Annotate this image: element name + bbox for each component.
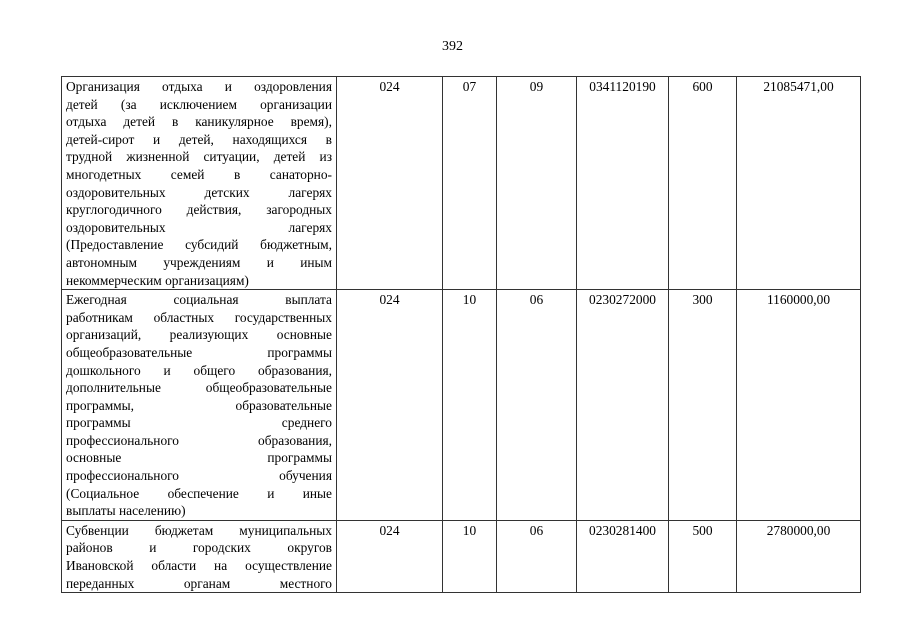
description-line: профессионального обучения	[66, 467, 332, 485]
ministry-code-cell: 024	[337, 77, 443, 290]
description-line: программы, образовательные	[66, 397, 332, 415]
description-line: дошкольного и общего образования,	[66, 362, 332, 380]
description-line: трудной жизненной ситуации, детей из	[66, 148, 332, 166]
amount-cell: 1160000,00	[737, 290, 861, 521]
description-line: детей (за исключением организации	[66, 96, 332, 114]
description-line: программы среднего	[66, 414, 332, 432]
subsection-cell: 06	[497, 520, 577, 592]
description-cell: Ежегодная социальная выплатаработникам о…	[62, 290, 337, 521]
section-cell: 10	[443, 520, 497, 592]
description-line: выплаты населению)	[66, 502, 332, 520]
description-line: (Социальное обеспечение и иные	[66, 485, 332, 503]
description-line: организаций, реализующих основные	[66, 326, 332, 344]
target-article-cell: 0230272000	[577, 290, 669, 521]
amount-cell: 2780000,00	[737, 520, 861, 592]
description-line: дополнительные общеобразовательные	[66, 379, 332, 397]
description-cell: Субвенции бюджетам муниципальныхрайонов …	[62, 520, 337, 592]
ministry-code-cell: 024	[337, 290, 443, 521]
expense-type-cell: 600	[669, 77, 737, 290]
page-number: 392	[0, 38, 905, 56]
description-line: оздоровительных детских лагерях	[66, 184, 332, 202]
description-line: основные программы	[66, 449, 332, 467]
table-row: Организация отдыха и оздоровлениядетей (…	[62, 77, 861, 290]
description-line: (Предоставление субсидий бюджетным,	[66, 236, 332, 254]
description-line: Субвенции бюджетам муниципальных	[66, 522, 332, 540]
table-row: Субвенции бюджетам муниципальныхрайонов …	[62, 520, 861, 592]
description-line: круглогодичного действия, загородных	[66, 201, 332, 219]
expense-type-cell: 500	[669, 520, 737, 592]
description-line: профессионального образования,	[66, 432, 332, 450]
subsection-cell: 06	[497, 290, 577, 521]
table-body: Организация отдыха и оздоровлениядетей (…	[62, 77, 861, 593]
table-row: Ежегодная социальная выплатаработникам о…	[62, 290, 861, 521]
ministry-code-cell: 024	[337, 520, 443, 592]
description-line: работникам областных государственных	[66, 309, 332, 327]
description-line: детей-сирот и детей, находящихся в	[66, 131, 332, 149]
description-line: многодетных семей в санаторно-	[66, 166, 332, 184]
description-line: Организация отдыха и оздоровления	[66, 78, 332, 96]
budget-table: Организация отдыха и оздоровлениядетей (…	[61, 76, 861, 593]
target-article-cell: 0230281400	[577, 520, 669, 592]
amount-cell: 21085471,00	[737, 77, 861, 290]
expense-type-cell: 300	[669, 290, 737, 521]
section-cell: 10	[443, 290, 497, 521]
section-cell: 07	[443, 77, 497, 290]
description-line: некоммерческим организациям)	[66, 272, 332, 290]
description-cell: Организация отдыха и оздоровлениядетей (…	[62, 77, 337, 290]
description-line: переданных органам местного	[66, 575, 332, 593]
description-line: автономным учреждениям и иным	[66, 254, 332, 272]
description-line: Ивановской области на осуществление	[66, 557, 332, 575]
description-line: Ежегодная социальная выплата	[66, 291, 332, 309]
description-line: районов и городских округов	[66, 539, 332, 557]
description-line: общеобразовательные программы	[66, 344, 332, 362]
description-line: отдыха детей в каникулярное время),	[66, 113, 332, 131]
description-line: оздоровительных лагерях	[66, 219, 332, 237]
target-article-cell: 0341120190	[577, 77, 669, 290]
subsection-cell: 09	[497, 77, 577, 290]
